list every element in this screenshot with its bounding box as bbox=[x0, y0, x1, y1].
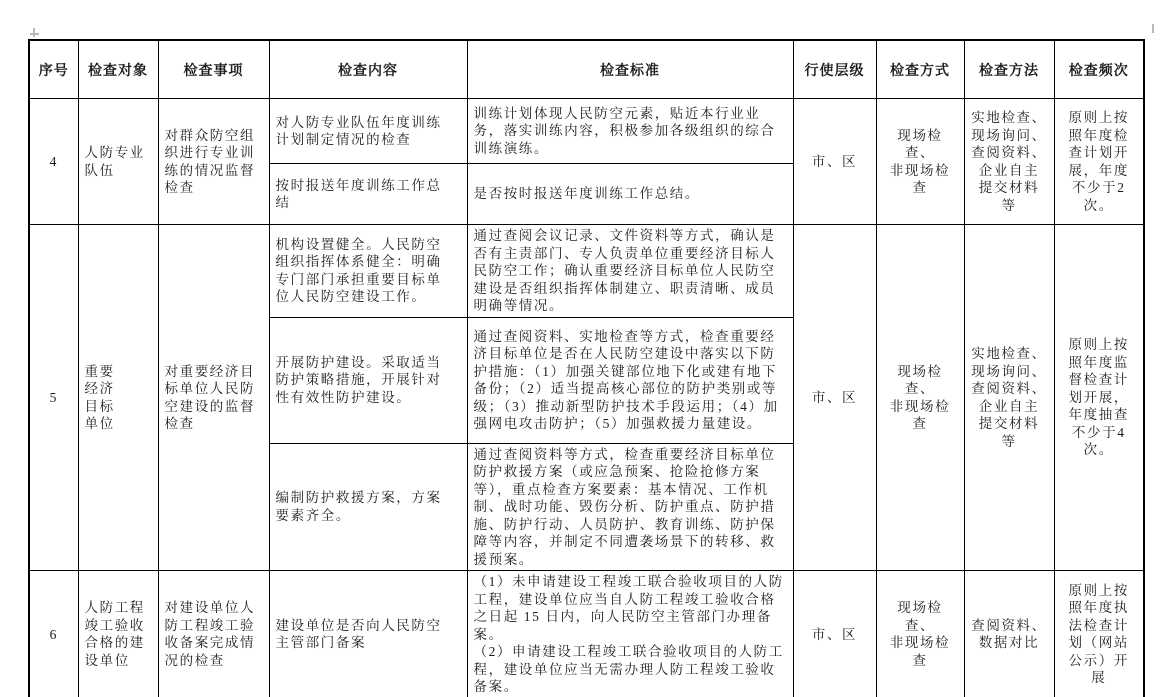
header-no: 序号 bbox=[29, 40, 78, 99]
row6-object: 人防工程 竣工验收 合格的建 设单位 bbox=[78, 571, 158, 697]
row4-mode: 现场检查、 非现场检 查 bbox=[876, 99, 964, 225]
row4-content-a: 对人防专业队伍年度训练 计划制定情况的检查 bbox=[269, 99, 467, 164]
row6-mode: 现场检查、 非现场检 查 bbox=[876, 571, 964, 697]
row4-frequency: 原则上按 照年度检 查计划开 展，年度 不少于2 次。 bbox=[1054, 99, 1144, 225]
header-frequency: 检查频次 bbox=[1054, 40, 1144, 99]
row4-standard-a: 训练计划体现人民防空元素，贴近本行业业务，落实训练内容，积极参加各级组织的综合训… bbox=[467, 99, 793, 164]
page-margin-mark bbox=[1152, 24, 1154, 33]
row5-standard-c: 通过查阅资料等方式，检查重要经济目标单位防护救援方案（或应急预案、抢险抢修方案等… bbox=[467, 443, 793, 571]
row4-content-b: 按时报送年度训练工作总 结 bbox=[269, 164, 467, 225]
row6-method: 查阅资料、 数据对比 bbox=[964, 571, 1054, 697]
row4-object: 人防专业 队伍 bbox=[78, 99, 158, 225]
row4-standard-b: 是否按时报送年度训练工作总结。 bbox=[467, 164, 793, 225]
row4-matter: 对群众防空组织进行专业训练的情况监督检查 bbox=[158, 99, 269, 225]
row5-no: 5 bbox=[29, 225, 78, 571]
row5-matter: 对重要经济目标单位人民防空建设的监督检查 bbox=[158, 225, 269, 571]
row6-frequency: 原则上按 照年度执 法检查计 划（网站 公示）开 展 bbox=[1054, 571, 1144, 697]
row5-level: 市、区 bbox=[793, 225, 876, 571]
header-method: 检查方法 bbox=[964, 40, 1054, 99]
row5-content-a: 机构设置健全。人民防空 组织指挥体系健全：明确 专门部门承担重要目标单 位人民防… bbox=[269, 225, 467, 318]
header-content: 检查内容 bbox=[269, 40, 467, 99]
header-matter: 检查事项 bbox=[158, 40, 269, 99]
row4-level: 市、区 bbox=[793, 99, 876, 225]
table-row-5a: 5 重要 经济 目标 单位 对重要经济目标单位人民防空建设的监督检查 机构设置健… bbox=[29, 225, 1144, 318]
row5-standard-b: 通过查阅资料、实地检查等方式，检查重要经济目标单位是否在人民防空建设中落实以下防… bbox=[467, 317, 793, 443]
row5-content-b: 开展防护建设。采取适当 防护策略措施，开展针对 性有效性防护建设。 bbox=[269, 317, 467, 443]
row5-frequency: 原则上按 照年度监 督检查计 划开展， 年度抽查 不少于4 次。 bbox=[1054, 225, 1144, 571]
header-standard: 检查标准 bbox=[467, 40, 793, 99]
row4-method: 实地检查、 现场询问、 查阅资料、 企业自主 提交材料 等 bbox=[964, 99, 1054, 225]
table-row-4a: 4 人防专业 队伍 对群众防空组织进行专业训练的情况监督检查 对人防专业队伍年度… bbox=[29, 99, 1144, 164]
row5-standard-a: 通过查阅会议记录、文件资料等方式，确认是否有主责部门、专人负责单位重要经济目标人… bbox=[467, 225, 793, 318]
row4-no: 4 bbox=[29, 99, 78, 225]
inspection-items-table: 序号 检查对象 检查事项 检查内容 检查标准 行使层级 检查方式 检查方法 检查… bbox=[28, 39, 1145, 697]
row6-matter: 对建设单位人防工程竣工验收备案完成情况的检查 bbox=[158, 571, 269, 697]
row5-mode: 现场检查、 非现场检 查 bbox=[876, 225, 964, 571]
row6-level: 市、区 bbox=[793, 571, 876, 697]
header-object: 检查对象 bbox=[78, 40, 158, 99]
header-row: 序号 检查对象 检查事项 检查内容 检查标准 行使层级 检查方式 检查方法 检查… bbox=[29, 40, 1144, 99]
row5-content-c: 编制防护救援方案，方案 要素齐全。 bbox=[269, 443, 467, 571]
row6-no: 6 bbox=[29, 571, 78, 697]
header-mode: 检查方式 bbox=[876, 40, 964, 99]
page-margin-mark bbox=[30, 33, 39, 35]
row6-standard: （1）未申请建设工程竣工联合验收项目的人防工程，建设单位应当自人防工程竣工验收合… bbox=[467, 571, 793, 697]
row5-method: 实地检查、 现场询问、 查阅资料、 企业自主 提交材料 等 bbox=[964, 225, 1054, 571]
row5-object: 重要 经济 目标 单位 bbox=[78, 225, 158, 571]
table-row-6: 6 人防工程 竣工验收 合格的建 设单位 对建设单位人防工程竣工验收备案完成情况… bbox=[29, 571, 1144, 697]
header-level: 行使层级 bbox=[793, 40, 876, 99]
row6-content: 建设单位是否向人民防空 主管部门备案 bbox=[269, 571, 467, 697]
